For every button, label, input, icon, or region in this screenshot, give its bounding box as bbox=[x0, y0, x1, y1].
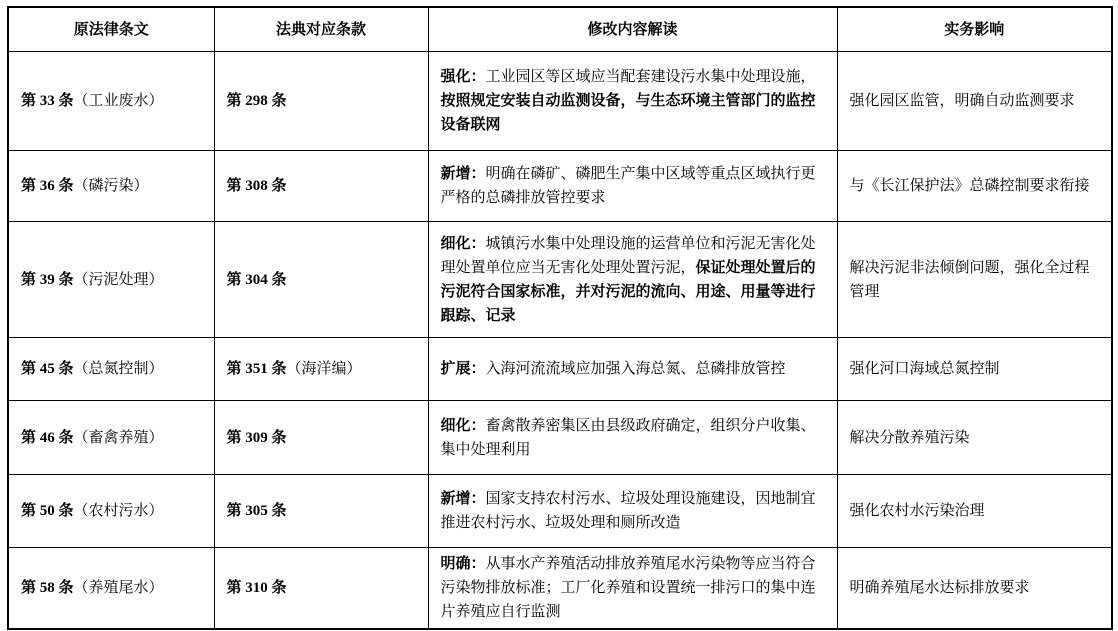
impact-cell: 与《长江保护法》总磷控制要求衔接 bbox=[837, 151, 1112, 222]
code-article-cell: 第 305 条 bbox=[214, 475, 428, 548]
original-article-cell: 第 46 条（畜禽养殖） bbox=[8, 401, 214, 475]
impact-cell: 解决污泥非法倾倒问题，强化全过程管理 bbox=[837, 222, 1112, 338]
code-article-cell: 第 309 条 bbox=[214, 401, 428, 475]
interpretation-cell: 细化：城镇污水集中处理设施的运营单位和污泥无害化处理处置单位应当无害化处理处置污… bbox=[428, 222, 837, 338]
header-interpretation: 修改内容解读 bbox=[428, 7, 837, 52]
table-row: 第 39 条（污泥处理）第 304 条细化：城镇污水集中处理设施的运营单位和污泥… bbox=[8, 222, 1112, 338]
original-article-cell: 第 33 条（工业废水） bbox=[8, 52, 214, 151]
original-article-cell: 第 50 条（农村污水） bbox=[8, 475, 214, 548]
interpretation-cell: 扩展：入海河流流域应加强入海总氮、总磷排放管控 bbox=[428, 338, 837, 401]
header-code-article: 法典对应条款 bbox=[214, 7, 428, 52]
table-row: 第 58 条（养殖尾水）第 310 条明确：从事水产养殖活动排放养殖尾水污染物等… bbox=[8, 548, 1112, 630]
original-article-cell: 第 58 条（养殖尾水） bbox=[8, 548, 214, 630]
table-row: 第 45 条（总氮控制）第 351 条（海洋编）扩展：入海河流流域应加强入海总氮… bbox=[8, 338, 1112, 401]
impact-cell: 强化农村水污染治理 bbox=[837, 475, 1112, 548]
original-article-cell: 第 45 条（总氮控制） bbox=[8, 338, 214, 401]
interpretation-cell: 新增：国家支持农村污水、垃圾处理设施建设，因地制宜推进农村污水、垃圾处理和厕所改… bbox=[428, 475, 837, 548]
interpretation-cell: 新增：明确在磷矿、磷肥生产集中区域等重点区域执行更严格的总磷排放管控要求 bbox=[428, 151, 837, 222]
code-article-cell: 第 298 条 bbox=[214, 52, 428, 151]
table-header-row: 原法律条文 法典对应条款 修改内容解读 实务影响 bbox=[8, 7, 1112, 52]
interpretation-cell: 明确：从事水产养殖活动排放养殖尾水污染物等应当符合污染物排放标准；工厂化养殖和设… bbox=[428, 548, 837, 630]
table-row: 第 33 条（工业废水）第 298 条强化：工业园区等区域应当配套建设污水集中处… bbox=[8, 52, 1112, 151]
table-row: 第 46 条（畜禽养殖）第 309 条细化：畜禽散养密集区由县级政府确定，组织分… bbox=[8, 401, 1112, 475]
impact-cell: 强化河口海域总氮控制 bbox=[837, 338, 1112, 401]
impact-cell: 强化园区监管，明确自动监测要求 bbox=[837, 52, 1112, 151]
header-impact: 实务影响 bbox=[837, 7, 1112, 52]
impact-cell: 解决分散养殖污染 bbox=[837, 401, 1112, 475]
impact-cell: 明确养殖尾水达标排放要求 bbox=[837, 548, 1112, 630]
table-row: 第 50 条（农村污水）第 305 条新增：国家支持农村污水、垃圾处理设施建设，… bbox=[8, 475, 1112, 548]
code-article-cell: 第 351 条（海洋编） bbox=[214, 338, 428, 401]
interpretation-cell: 细化：畜禽散养密集区由县级政府确定，组织分户收集、集中处理利用 bbox=[428, 401, 837, 475]
code-article-cell: 第 310 条 bbox=[214, 548, 428, 630]
code-article-cell: 第 308 条 bbox=[214, 151, 428, 222]
code-article-cell: 第 304 条 bbox=[214, 222, 428, 338]
table-body: 第 33 条（工业废水）第 298 条强化：工业园区等区域应当配套建设污水集中处… bbox=[8, 52, 1112, 630]
original-article-cell: 第 36 条（磷污染） bbox=[8, 151, 214, 222]
table-row: 第 36 条（磷污染）第 308 条新增：明确在磷矿、磷肥生产集中区域等重点区域… bbox=[8, 151, 1112, 222]
original-article-cell: 第 39 条（污泥处理） bbox=[8, 222, 214, 338]
header-original-article: 原法律条文 bbox=[8, 7, 214, 52]
interpretation-cell: 强化：工业园区等区域应当配套建设污水集中处理设施，按照规定安装自动监测设备，与生… bbox=[428, 52, 837, 151]
law-comparison-table: 原法律条文 法典对应条款 修改内容解读 实务影响 第 33 条（工业废水）第 2… bbox=[7, 6, 1113, 630]
